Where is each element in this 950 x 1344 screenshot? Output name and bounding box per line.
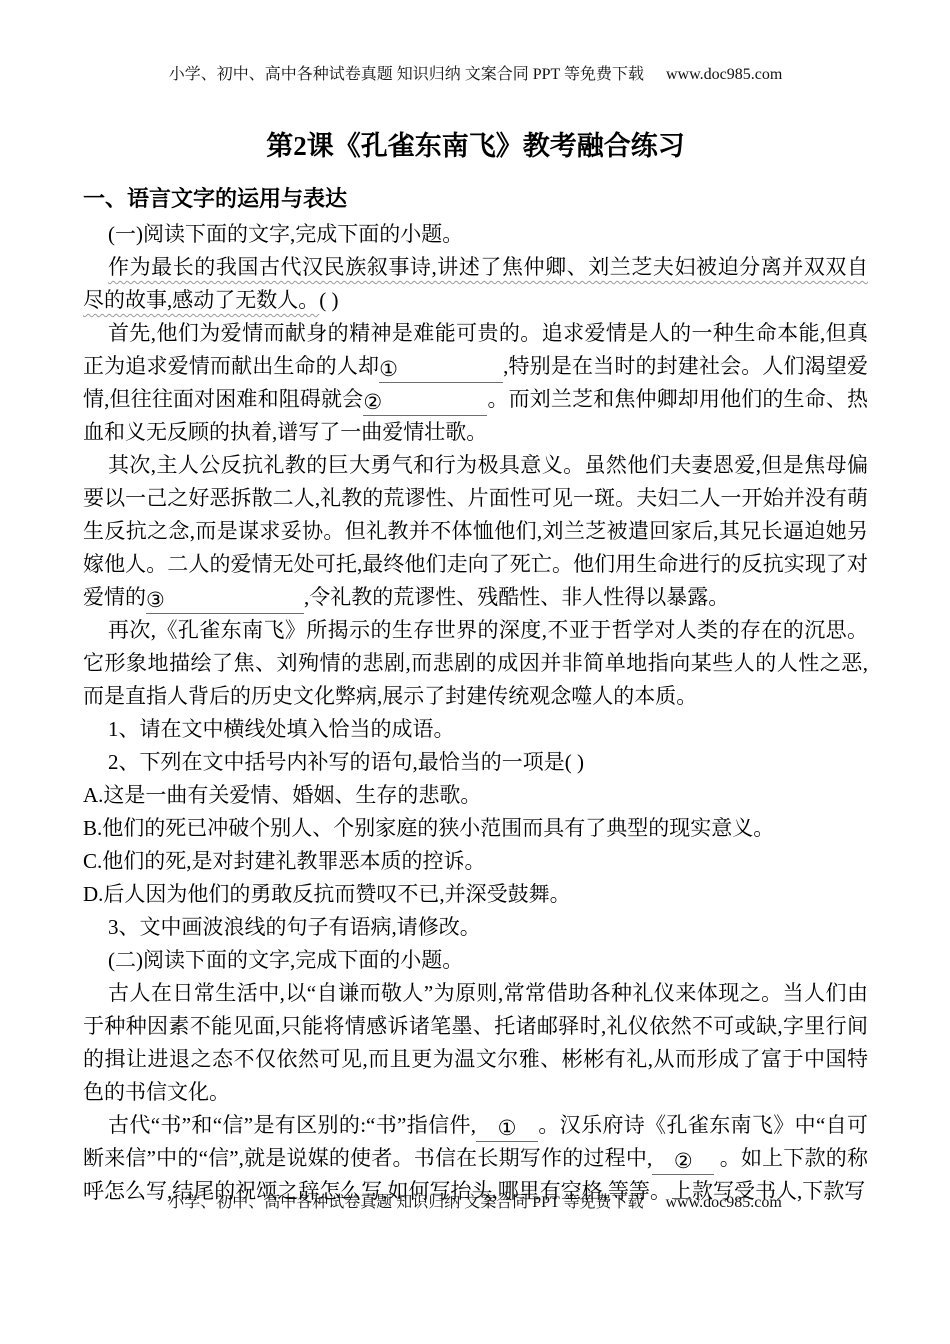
passage1-paragraph-4: 再次,《孔雀东南飞》所揭示的生存世界的深度,不亚于哲学对人类的存在的沉思。它形象…	[83, 614, 868, 713]
circled-number-3: ③	[146, 588, 165, 612]
circled-number-1: ①	[379, 357, 398, 381]
fill-in-blank-2: ②	[363, 389, 487, 416]
circled-number-s2-2: ②	[674, 1149, 693, 1173]
header-text: 小学、初中、高中各种试卷真题 知识归纳 文案合同 PPT 等免费下载	[169, 66, 644, 83]
wavy-underlined-sentence: 作为最长的我国古代汉民族叙事诗,讲述了焦仲卿、刘兰芝夫妇被迫分离并双双自尽的故事…	[83, 255, 868, 312]
question-2-option-c: C.他们的死,是对封建礼教罪恶本质的控诉。	[83, 845, 868, 878]
fill-in-blank-s2-2: ②	[652, 1148, 714, 1175]
question-3: 3、文中画波浪线的句子有语病,请修改。	[83, 911, 868, 944]
circled-number-s2-1: ①	[498, 1116, 517, 1140]
passage2-paragraph-1: 古人在日常生活中,以“自谦而敬人”为原则,常常借助各种礼仪来体现之。当人们由于种…	[83, 977, 868, 1109]
passage2-instruction: (二)阅读下面的文字,完成下面的小题。	[83, 944, 868, 977]
question-2-option-b: B.他们的死已冲破个别人、个别家庭的狭小范围而具有了典型的现实意义。	[83, 812, 868, 845]
page-header: 小学、初中、高中各种试卷真题 知识归纳 文案合同 PPT 等免费下载www.do…	[83, 64, 868, 86]
passage1-paragraph-2: 首先,他们为爱情而献身的精神是难能可贵的。追求爱情是人的一种生命本能,但真正为追…	[83, 317, 868, 449]
s2p2-text-1: 古代“书”和“信”是有区别的:“书”指信件,	[108, 1113, 476, 1137]
fill-in-blank-3: ③	[146, 587, 304, 614]
p3-text-2: ,令礼教的荒谬性、残酷性、非人性得以暴露。	[304, 585, 729, 609]
document-title: 第2课《孔雀东南飞》教考融合练习	[83, 128, 868, 164]
passage1-paragraph-1: 作为最长的我国古代汉民族叙事诗,讲述了焦仲卿、刘兰芝夫妇被迫分离并双双自尽的故事…	[83, 251, 868, 317]
section1-heading: 一、语言文字的运用与表达	[83, 184, 868, 214]
question-2-option-d: D.后人因为他们的勇敢反抗而赞叹不已,并深受鼓舞。	[83, 878, 868, 911]
fill-in-blank-1: ①	[379, 356, 503, 383]
footer-text: 小学、初中、高中各种试卷真题 知识归纳 文案合同 PPT 等免费下载	[168, 1194, 643, 1211]
question-1: 1、请在文中横线处填入恰当的成语。	[83, 713, 868, 746]
question-2-option-a: A.这是一曲有关爱情、婚姻、生存的悲歌。	[83, 779, 868, 812]
header-url: www.doc985.com	[666, 66, 782, 83]
passage1-instruction: (一)阅读下面的文字,完成下面的小题。	[83, 218, 868, 251]
page-footer: 小学、初中、高中各种试卷真题 知识归纳 文案合同 PPT 等免费下载www.do…	[0, 1192, 950, 1214]
circled-number-2: ②	[363, 390, 382, 414]
bracket-blank: ( )	[319, 288, 338, 312]
document-page: 小学、初中、高中各种试卷真题 知识归纳 文案合同 PPT 等免费下载www.do…	[0, 0, 950, 1344]
fill-in-blank-s2-1: ①	[476, 1115, 538, 1142]
passage1-paragraph-3: 其次,主人公反抗礼教的巨大勇气和行为极具意义。虽然他们夫妻恩爱,但是焦母偏要以一…	[83, 449, 868, 614]
footer-url: www.doc985.com	[666, 1194, 782, 1211]
question-2: 2、下列在文中括号内补写的语句,最恰当的一项是( )	[83, 746, 868, 779]
